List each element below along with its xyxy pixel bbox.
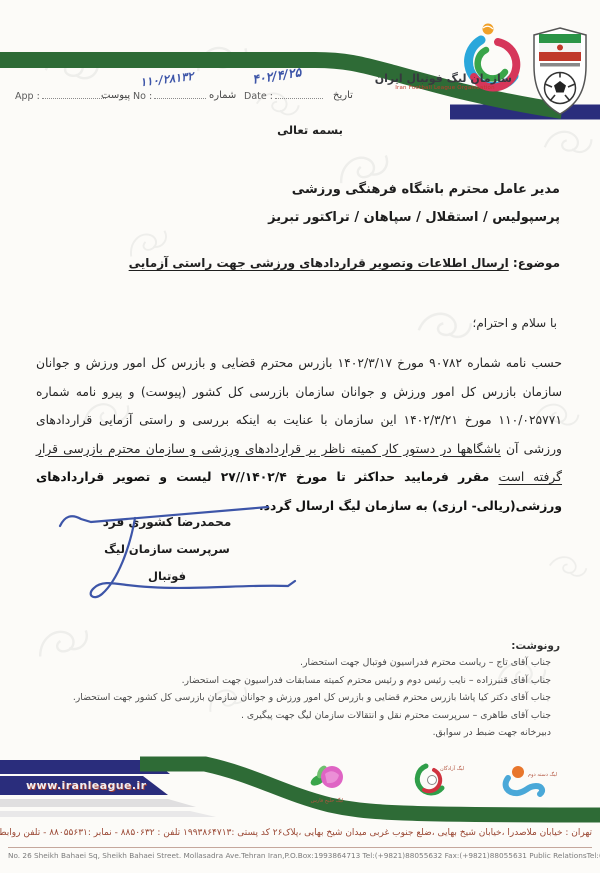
azadegan-league-caption: لیگ آزادگان [440, 766, 464, 772]
league-two-caption: لیگ دسته دوم [528, 772, 557, 778]
app-label-fa: پیوست [101, 90, 130, 101]
subject-label: موضوع: [509, 256, 560, 270]
cc-item: دبیرخانه جهت ضبط در سوابق. [30, 724, 560, 742]
app-dotted-line [42, 90, 106, 99]
recipient-line-2: پرسپولیس / استقلال / سپاهان / تراکتور تب… [268, 204, 560, 232]
no-handwritten-value: ۱۱۰/۲۸۱۳۲ [139, 69, 194, 89]
website-url: www.iranleague.ir [26, 779, 146, 792]
bismillah: بسمه تعالی [0, 123, 600, 137]
no-label-fa: شماره [209, 90, 236, 101]
date-label-fa: تاریخ [333, 90, 353, 101]
persian-gulf-league-logo-icon [305, 760, 349, 798]
cc-item: جناب آقای قنبرزاده – نایب رئیس دوم و رئی… [30, 672, 560, 690]
subject-text: ارسال اطلاعات وتصویر قراردادهای ورزشی جه… [129, 256, 509, 270]
cc-item: جناب آقای طاهری – سرپرست محترم نقل و انت… [30, 707, 560, 725]
letter-page: سازمان لیگ فوتبال ایران Iran Football Le… [0, 0, 600, 873]
address-en: No. 26 Sheikh Bahaei Sq, Sheikh Bahaei S… [8, 851, 592, 860]
no-field: No : [133, 90, 206, 102]
subject-line: موضوع: ارسال اطلاعات وتصویر قراردادهای و… [129, 256, 560, 270]
signature-scribble-icon [30, 492, 310, 610]
date-handwritten-value: ۴۰۲/۴/۲۵ [251, 64, 302, 87]
cc-block: رونوشت: جناب آقای تاج – ریاست محترم فدرا… [30, 640, 560, 742]
address-fa: تهران : خیابان ملاصدرا ،خیابان شیخ بهایی… [8, 828, 592, 838]
no-dotted-line [154, 90, 206, 99]
no-label-en: No : [133, 91, 152, 102]
recipient-line-1: مدیر عامل محترم باشگاه فرهنگی ورزشی [268, 176, 560, 204]
greeting: با سلام و احترام؛ [473, 316, 557, 330]
cc-label: رونوشت: [30, 640, 560, 652]
persian-gulf-league-caption: لیگ خلیج فارس [300, 798, 354, 804]
cc-item: جناب آقای تاج – ریاست محترم فدراسیون فوت… [30, 654, 560, 672]
league-two-logo-icon [500, 764, 550, 798]
app-label-en: App : [15, 91, 40, 102]
date-dotted-line [275, 90, 323, 99]
date-label-en: Date : [244, 91, 273, 102]
app-field: App : [15, 90, 106, 102]
cc-item: جناب آقای دکتر کیا پاشا بازرس محترم قضای… [30, 689, 560, 707]
date-field: Date : [244, 90, 323, 102]
recipient-block: مدیر عامل محترم باشگاه فرهنگی ورزشی پرسپ… [268, 176, 560, 232]
address-divider [8, 847, 592, 848]
header-fields: App : پیوست No : شماره ۱۱۰/۲۸۱۳۲ Date : … [0, 0, 600, 130]
